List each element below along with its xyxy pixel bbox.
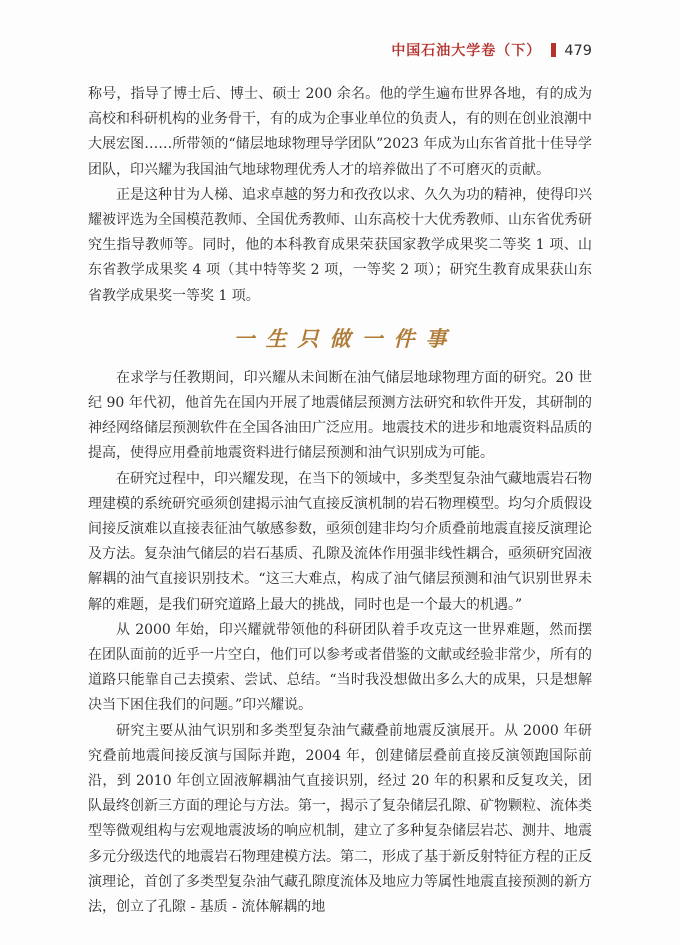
header-volume-title: 中国石油大学卷（下） [391, 43, 541, 59]
paragraph-continuation: 称号，指导了博士后、博士、硕士 200 余名。他的学生遍布世界各地，有的成为高校… [88, 82, 592, 183]
running-header: 中国石油大学卷（下）479 [88, 42, 592, 60]
paragraph: 在研究过程中，印兴耀发现，在当下的领域中，多类型复杂油气藏地震岩石物理建模的系统… [88, 467, 592, 618]
header-divider-bar [551, 43, 556, 57]
book-page: 中国石油大学卷（下）479 称号，指导了博士后、博士、硕士 200 余名。他的学… [0, 0, 680, 945]
body-text-column: 称号，指导了博士后、博士、硕士 200 余名。他的学生遍布世界各地，有的成为高校… [88, 82, 592, 920]
paragraph: 正是这种甘为人梯、追求卓越的努力和孜孜以求、久久为功的精神，使得印兴耀被评选为全… [88, 183, 592, 309]
section-heading: 一生只做一件事 [88, 325, 592, 353]
paragraph: 在求学与任教期间，印兴耀从未间断在油气储层地球物理方面的研究。20 世纪 90 … [88, 366, 592, 467]
paragraph-cut-off-at-page-break: 研究主要从油气识别和多类型复杂油气藏叠前地震反演展开。从 2000 年研究叠前地… [88, 719, 592, 921]
header-page-number: 479 [564, 43, 592, 59]
paragraph: 从 2000 年始，印兴耀就带领他的科研团队着手攻克这一世界难题，然而摆在团队面… [88, 618, 592, 719]
